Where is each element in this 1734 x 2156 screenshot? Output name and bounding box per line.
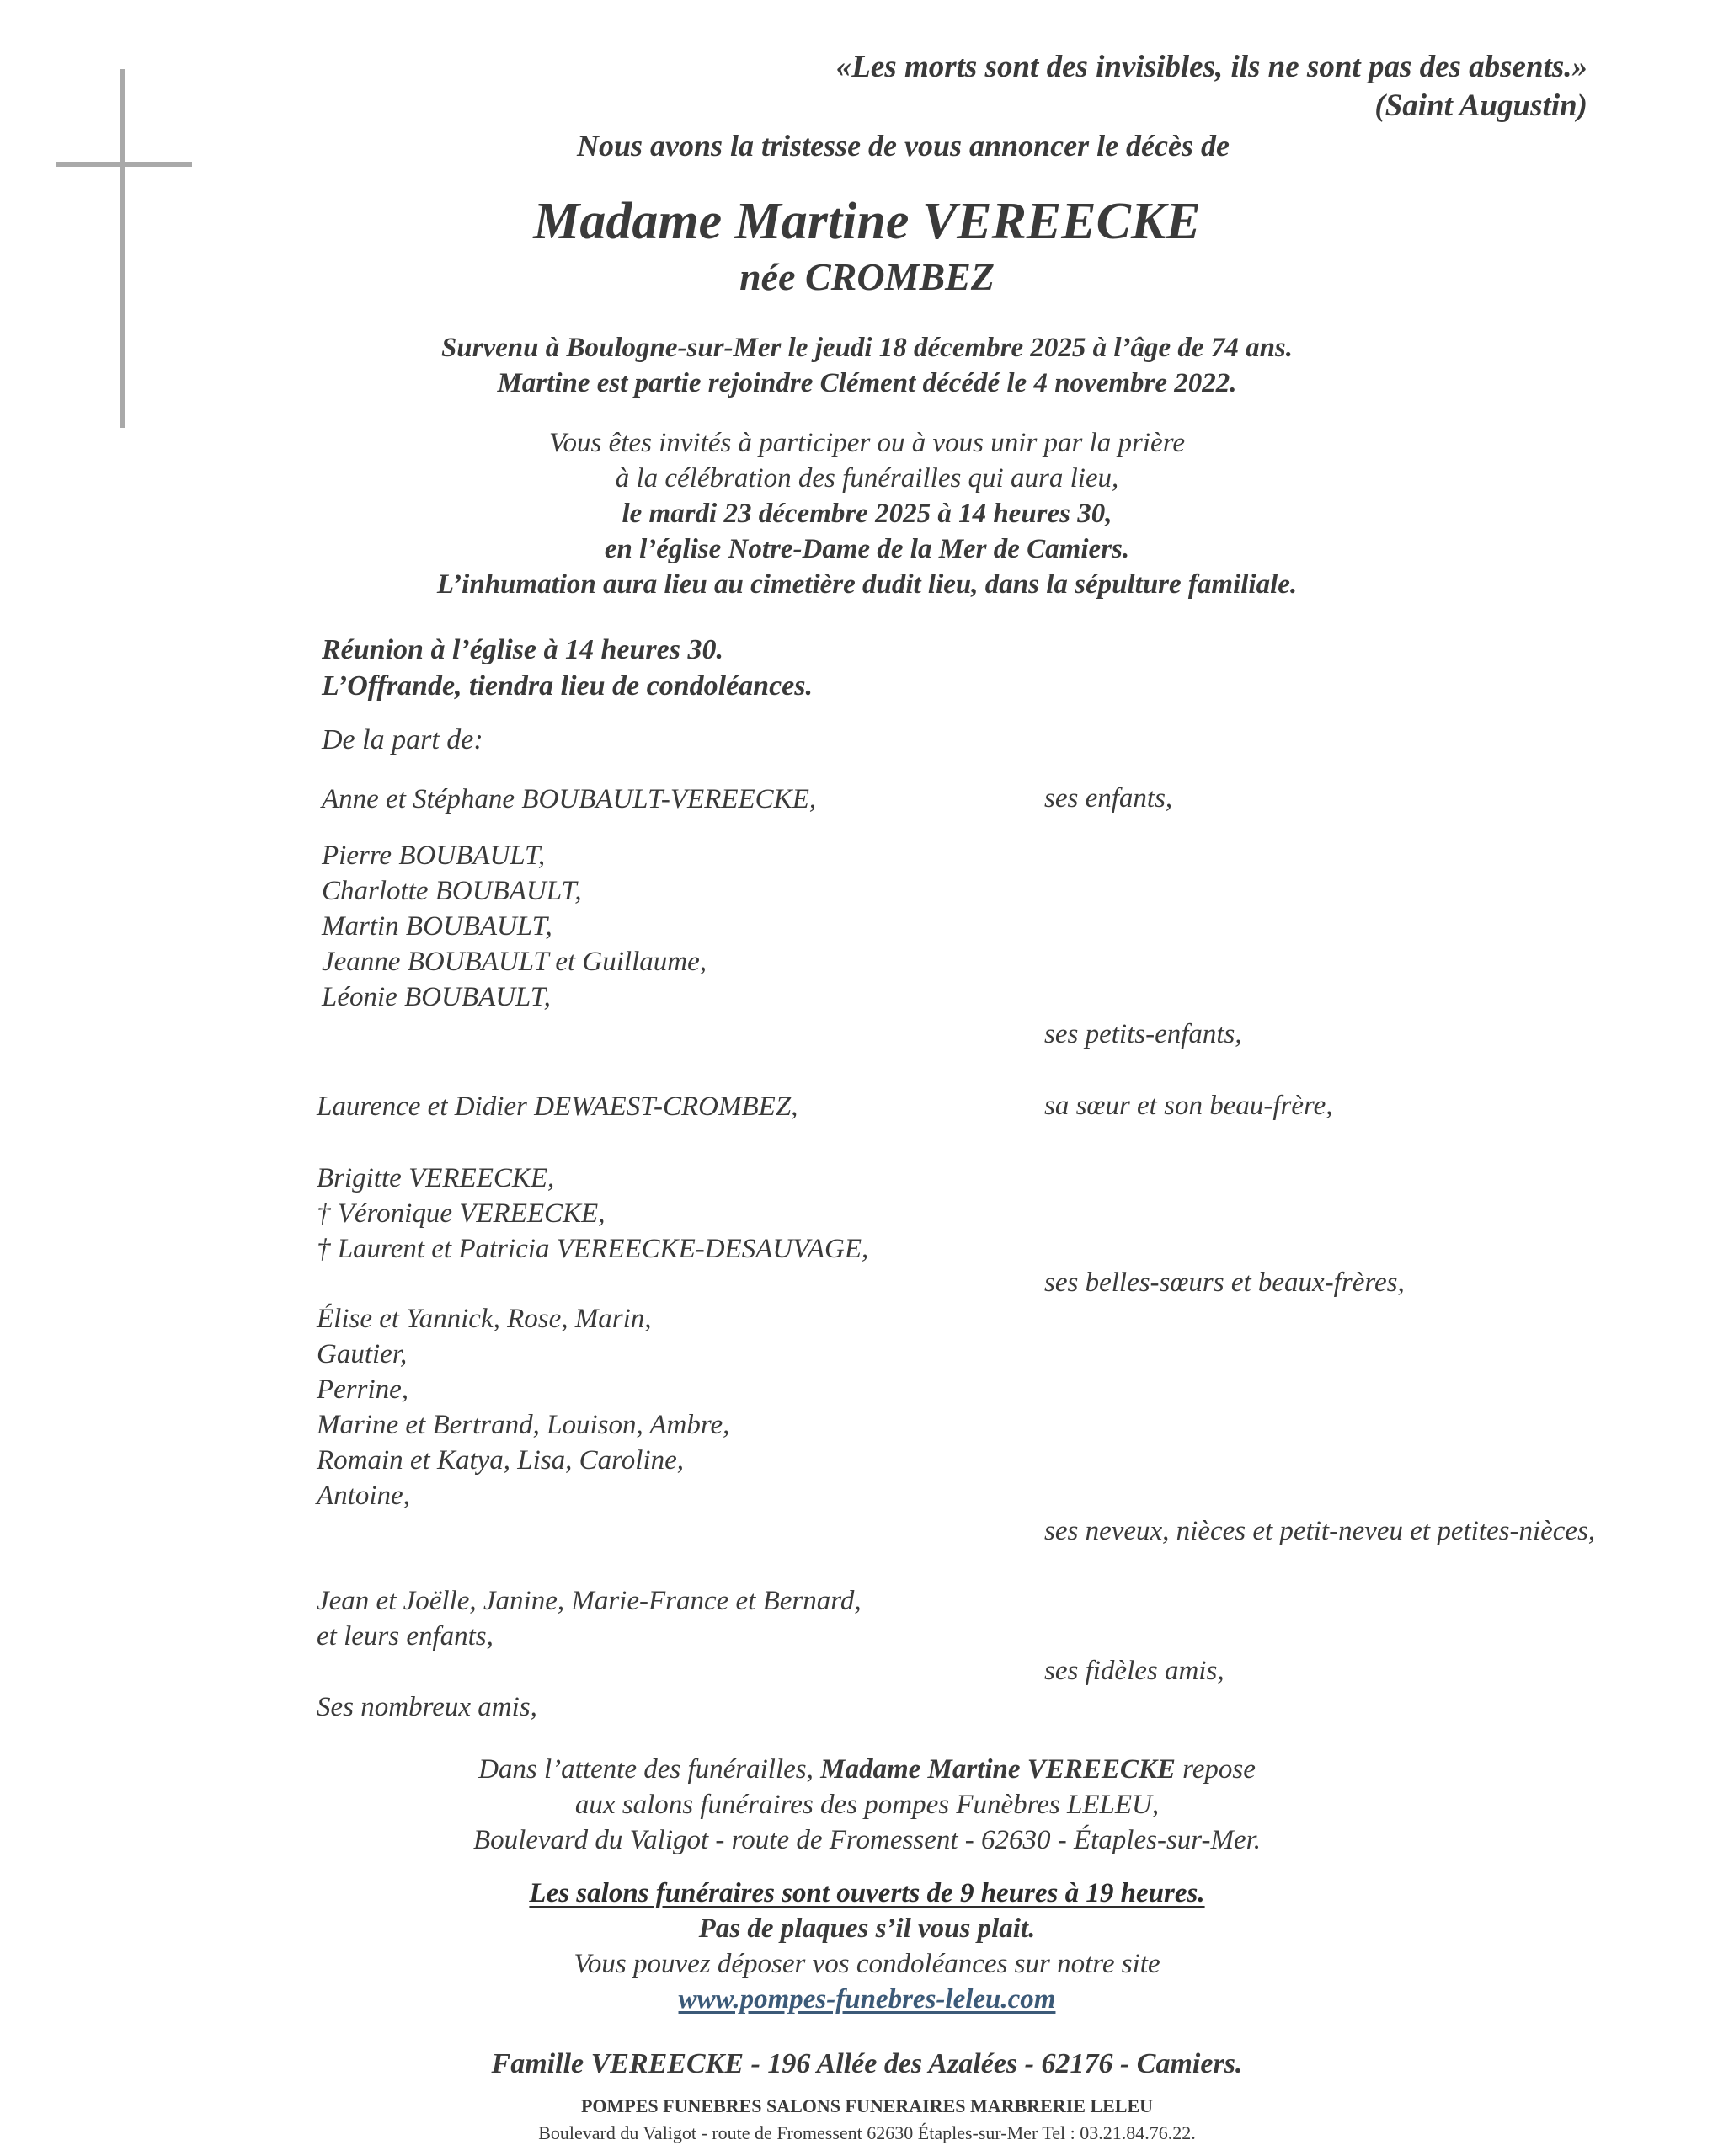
family-relation: ses petits-enfants, bbox=[1044, 1019, 1242, 1050]
no-plaques-note: Pas de plaques s’il vous plait. bbox=[0, 1913, 1734, 1945]
repose-suffix: repose bbox=[1176, 1754, 1256, 1785]
family-group-names: Brigitte VEREECKE, † Véronique VEREECKE,… bbox=[317, 1161, 868, 1267]
company-name: POMPES FUNEBRES SALONS FUNERAIRES MARBRE… bbox=[0, 2095, 1734, 2117]
family-relation: ses belles-sœurs et beaux-frères, bbox=[1044, 1267, 1405, 1299]
family-member: Brigitte VEREECKE, bbox=[317, 1161, 868, 1196]
family-relation: ses neveux, nièces et petit-neveu et pet… bbox=[1044, 1516, 1595, 1547]
family-member: Gautier, bbox=[317, 1337, 729, 1372]
opening-hours-text: Les salons funéraires sont ouverts de 9 … bbox=[529, 1878, 1204, 1908]
repose-prefix: Dans l’attente des funérailles, bbox=[478, 1754, 820, 1785]
family-member: Martin BOUBAULT, bbox=[322, 909, 707, 944]
family-member: † Véronique VEREECKE, bbox=[317, 1196, 868, 1231]
family-member: Pierre BOUBAULT, bbox=[322, 838, 707, 873]
company-address: Boulevard du Valigot - route de Fromesse… bbox=[0, 2122, 1734, 2144]
repose-info: Dans l’attente des funérailles, Madame M… bbox=[0, 1752, 1734, 1858]
ceremony-invitation-line: à la célébration des funérailles qui aur… bbox=[0, 461, 1734, 496]
condolences-text: Vous pouvez déposer vos condoléances sur… bbox=[0, 1949, 1734, 1980]
family-group-names: Laurence et Didier DEWAEST-CROMBEZ, bbox=[317, 1089, 798, 1124]
family-member: Jean et Joëlle, Janine, Marie-France et … bbox=[317, 1583, 862, 1619]
announcement-text: Nous avons la tristesse de vous annoncer… bbox=[577, 128, 1230, 163]
ceremony-place: en l’église Notre-Dame de la Mer de Cami… bbox=[0, 531, 1734, 567]
repose-line: Dans l’attente des funérailles, Madame M… bbox=[0, 1752, 1734, 1787]
family-member: Romain et Katya, Lisa, Caroline, bbox=[317, 1443, 729, 1478]
death-details: Survenu à Boulogne-sur-Mer le jeudi 18 d… bbox=[0, 330, 1734, 401]
family-relation: ses enfants, bbox=[1044, 783, 1172, 814]
ceremony-details: Vous êtes invités à participer ou à vous… bbox=[0, 425, 1734, 602]
family-relation: ses fidèles amis, bbox=[1044, 1656, 1224, 1687]
family-group-names: Pierre BOUBAULT, Charlotte BOUBAULT, Mar… bbox=[322, 838, 707, 1015]
family-member: Élise et Yannick, Rose, Marin, bbox=[317, 1301, 729, 1337]
gathering-notes: Réunion à l’église à 14 heures 30. L’Off… bbox=[322, 632, 813, 704]
reunion-note: Réunion à l’église à 14 heures 30. bbox=[322, 632, 813, 668]
family-member: Antoine, bbox=[317, 1478, 729, 1513]
website-link[interactable]: www.pompes-funebres-leleu.com bbox=[679, 1984, 1056, 2015]
burial-info: L’inhumation aura lieu au cimetière dudi… bbox=[0, 567, 1734, 602]
cross-horizontal-bar bbox=[56, 162, 192, 167]
family-member: † Laurent et Patricia VEREECKE-DESAUVAGE… bbox=[317, 1231, 868, 1267]
family-member: et leurs enfants, bbox=[317, 1619, 862, 1654]
deceased-name: Madame Martine VEREECKE bbox=[0, 192, 1734, 252]
website-link-container: www.pompes-funebres-leleu.com bbox=[0, 1984, 1734, 2015]
family-member: Perrine, bbox=[317, 1372, 729, 1407]
family-member: Ses nombreux amis, bbox=[317, 1689, 537, 1725]
family-member: Jeanne BOUBAULT et Guillaume, bbox=[322, 944, 707, 979]
repose-line: Boulevard du Valigot - route de Fromesse… bbox=[0, 1822, 1734, 1858]
family-group-names: Ses nombreux amis, bbox=[317, 1689, 537, 1725]
offering-note: L’Offrande, tiendra lieu de condoléances… bbox=[322, 668, 813, 704]
repose-deceased-name: Madame Martine VEREECKE bbox=[820, 1754, 1176, 1785]
from-label: De la part de: bbox=[322, 724, 483, 756]
family-member: Anne et Stéphane BOUBAULT-VEREECKE, bbox=[322, 782, 816, 817]
family-member: Laurence et Didier DEWAEST-CROMBEZ, bbox=[317, 1089, 798, 1124]
death-details-line: Survenu à Boulogne-sur-Mer le jeudi 18 d… bbox=[0, 330, 1734, 366]
family-relation: sa sœur et son beau-frère, bbox=[1044, 1091, 1333, 1122]
ceremony-invitation-line: Vous êtes invités à participer ou à vous… bbox=[0, 425, 1734, 461]
epigraph-author: (Saint Augustin) bbox=[1374, 88, 1587, 124]
repose-line: aux salons funéraires des pompes Funèbre… bbox=[0, 1787, 1734, 1822]
death-details-line: Martine est partie rejoindre Clément déc… bbox=[0, 366, 1734, 401]
family-member: Charlotte BOUBAULT, bbox=[322, 873, 707, 909]
family-group-names: Élise et Yannick, Rose, Marin, Gautier, … bbox=[317, 1301, 729, 1513]
family-address: Famille VEREECKE - 196 Allée des Azalées… bbox=[0, 2048, 1734, 2080]
maiden-name: née CROMBEZ bbox=[0, 254, 1734, 299]
family-member: Léonie BOUBAULT, bbox=[322, 979, 707, 1015]
epigraph-quote: «Les morts sont des invisibles, ils ne s… bbox=[836, 49, 1587, 85]
family-member: Marine et Bertrand, Louison, Ambre, bbox=[317, 1407, 729, 1443]
family-group-names: Anne et Stéphane BOUBAULT-VEREECKE, bbox=[322, 782, 816, 817]
opening-hours: Les salons funéraires sont ouverts de 9 … bbox=[0, 1878, 1734, 1909]
family-group-names: Jean et Joëlle, Janine, Marie-France et … bbox=[317, 1583, 862, 1654]
ceremony-date-time: le mardi 23 décembre 2025 à 14 heures 30… bbox=[0, 496, 1734, 531]
